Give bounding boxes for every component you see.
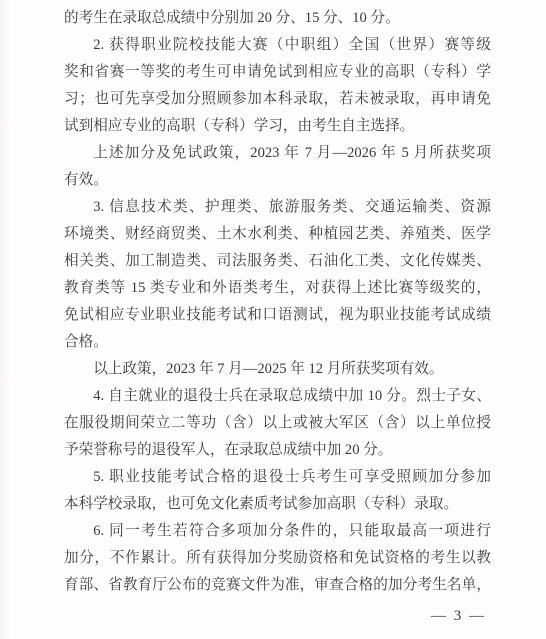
text-line: 加分，不作累计。所有获得加分奖励资格和免试资格的考生以教	[64, 545, 491, 572]
text-line: 环境类、财经商贸类、土木水利类、种植园艺类、养殖类、医学	[64, 221, 491, 248]
document-body: 的考生在录取总成绩中分别加 20 分、15 分、10 分。 2. 获得职业院校技…	[64, 5, 491, 599]
text-line: 以上政策，2023 年 7 月—2025 年 12 月所获奖项有效。	[64, 356, 491, 383]
page-number: — 3 —	[431, 608, 486, 625]
text-line: 相关类、加工制造类、司法服务类、石油化工类、文化传媒类、	[64, 248, 491, 275]
text-line: 育部、省教育厅公布的竞赛文件为准，审查合格的加分考生名单，	[64, 572, 491, 599]
text-line: 的考生在录取总成绩中分别加 20 分、15 分、10 分。	[64, 5, 491, 32]
text-line: 奖和省赛一等奖的考生可申请免试到相应专业的高职（专科）学	[64, 59, 491, 86]
text-line: 3. 信息技术类、护理类、旅游服务类、交通运输类、资源	[64, 194, 491, 221]
text-line: 5. 职业技能考试合格的退役士兵考生可享受照顾加分参加	[64, 464, 491, 491]
document-page: 的考生在录取总成绩中分别加 20 分、15 分、10 分。 2. 获得职业院校技…	[0, 0, 546, 639]
text-line: 上述加分及免试政策，2023 年 7 月—2026 年 5 月所获奖项	[64, 140, 491, 167]
text-line: 本科学校录取，也可免文化素质考试参加高职（专科）录取。	[64, 491, 491, 518]
text-line: 免试相应专业职业技能考试和口语测试，视为职业技能考试成绩	[64, 302, 491, 329]
text-line: 有效。	[64, 167, 491, 194]
text-line: 习；也可先享受加分照顾参加本科录取，若未被录取，再申请免	[64, 86, 491, 113]
text-line: 2. 获得职业院校技能大赛（中职组）全国（世界）赛等级	[64, 32, 491, 59]
text-line: 教育类等 15 类专业和外语类考生，对获得上述比赛等级奖的，	[64, 275, 491, 302]
text-line: 合格。	[64, 329, 491, 356]
text-line: 试到相应专业的高职（专科）学习，由考生自主选择。	[64, 113, 491, 140]
text-line: 4. 自主就业的退役士兵在录取总成绩中加 10 分。烈士子女、	[64, 383, 491, 410]
text-line: 予荣誉称号的退役军人，在录取总成绩中加 20 分。	[64, 437, 491, 464]
text-line: 6. 同一考生若符合多项加分条件的，只能取最高一项进行	[64, 518, 491, 545]
text-line: 在服役期间荣立二等功（含）以上或被大军区（含）以上单位授	[64, 410, 491, 437]
